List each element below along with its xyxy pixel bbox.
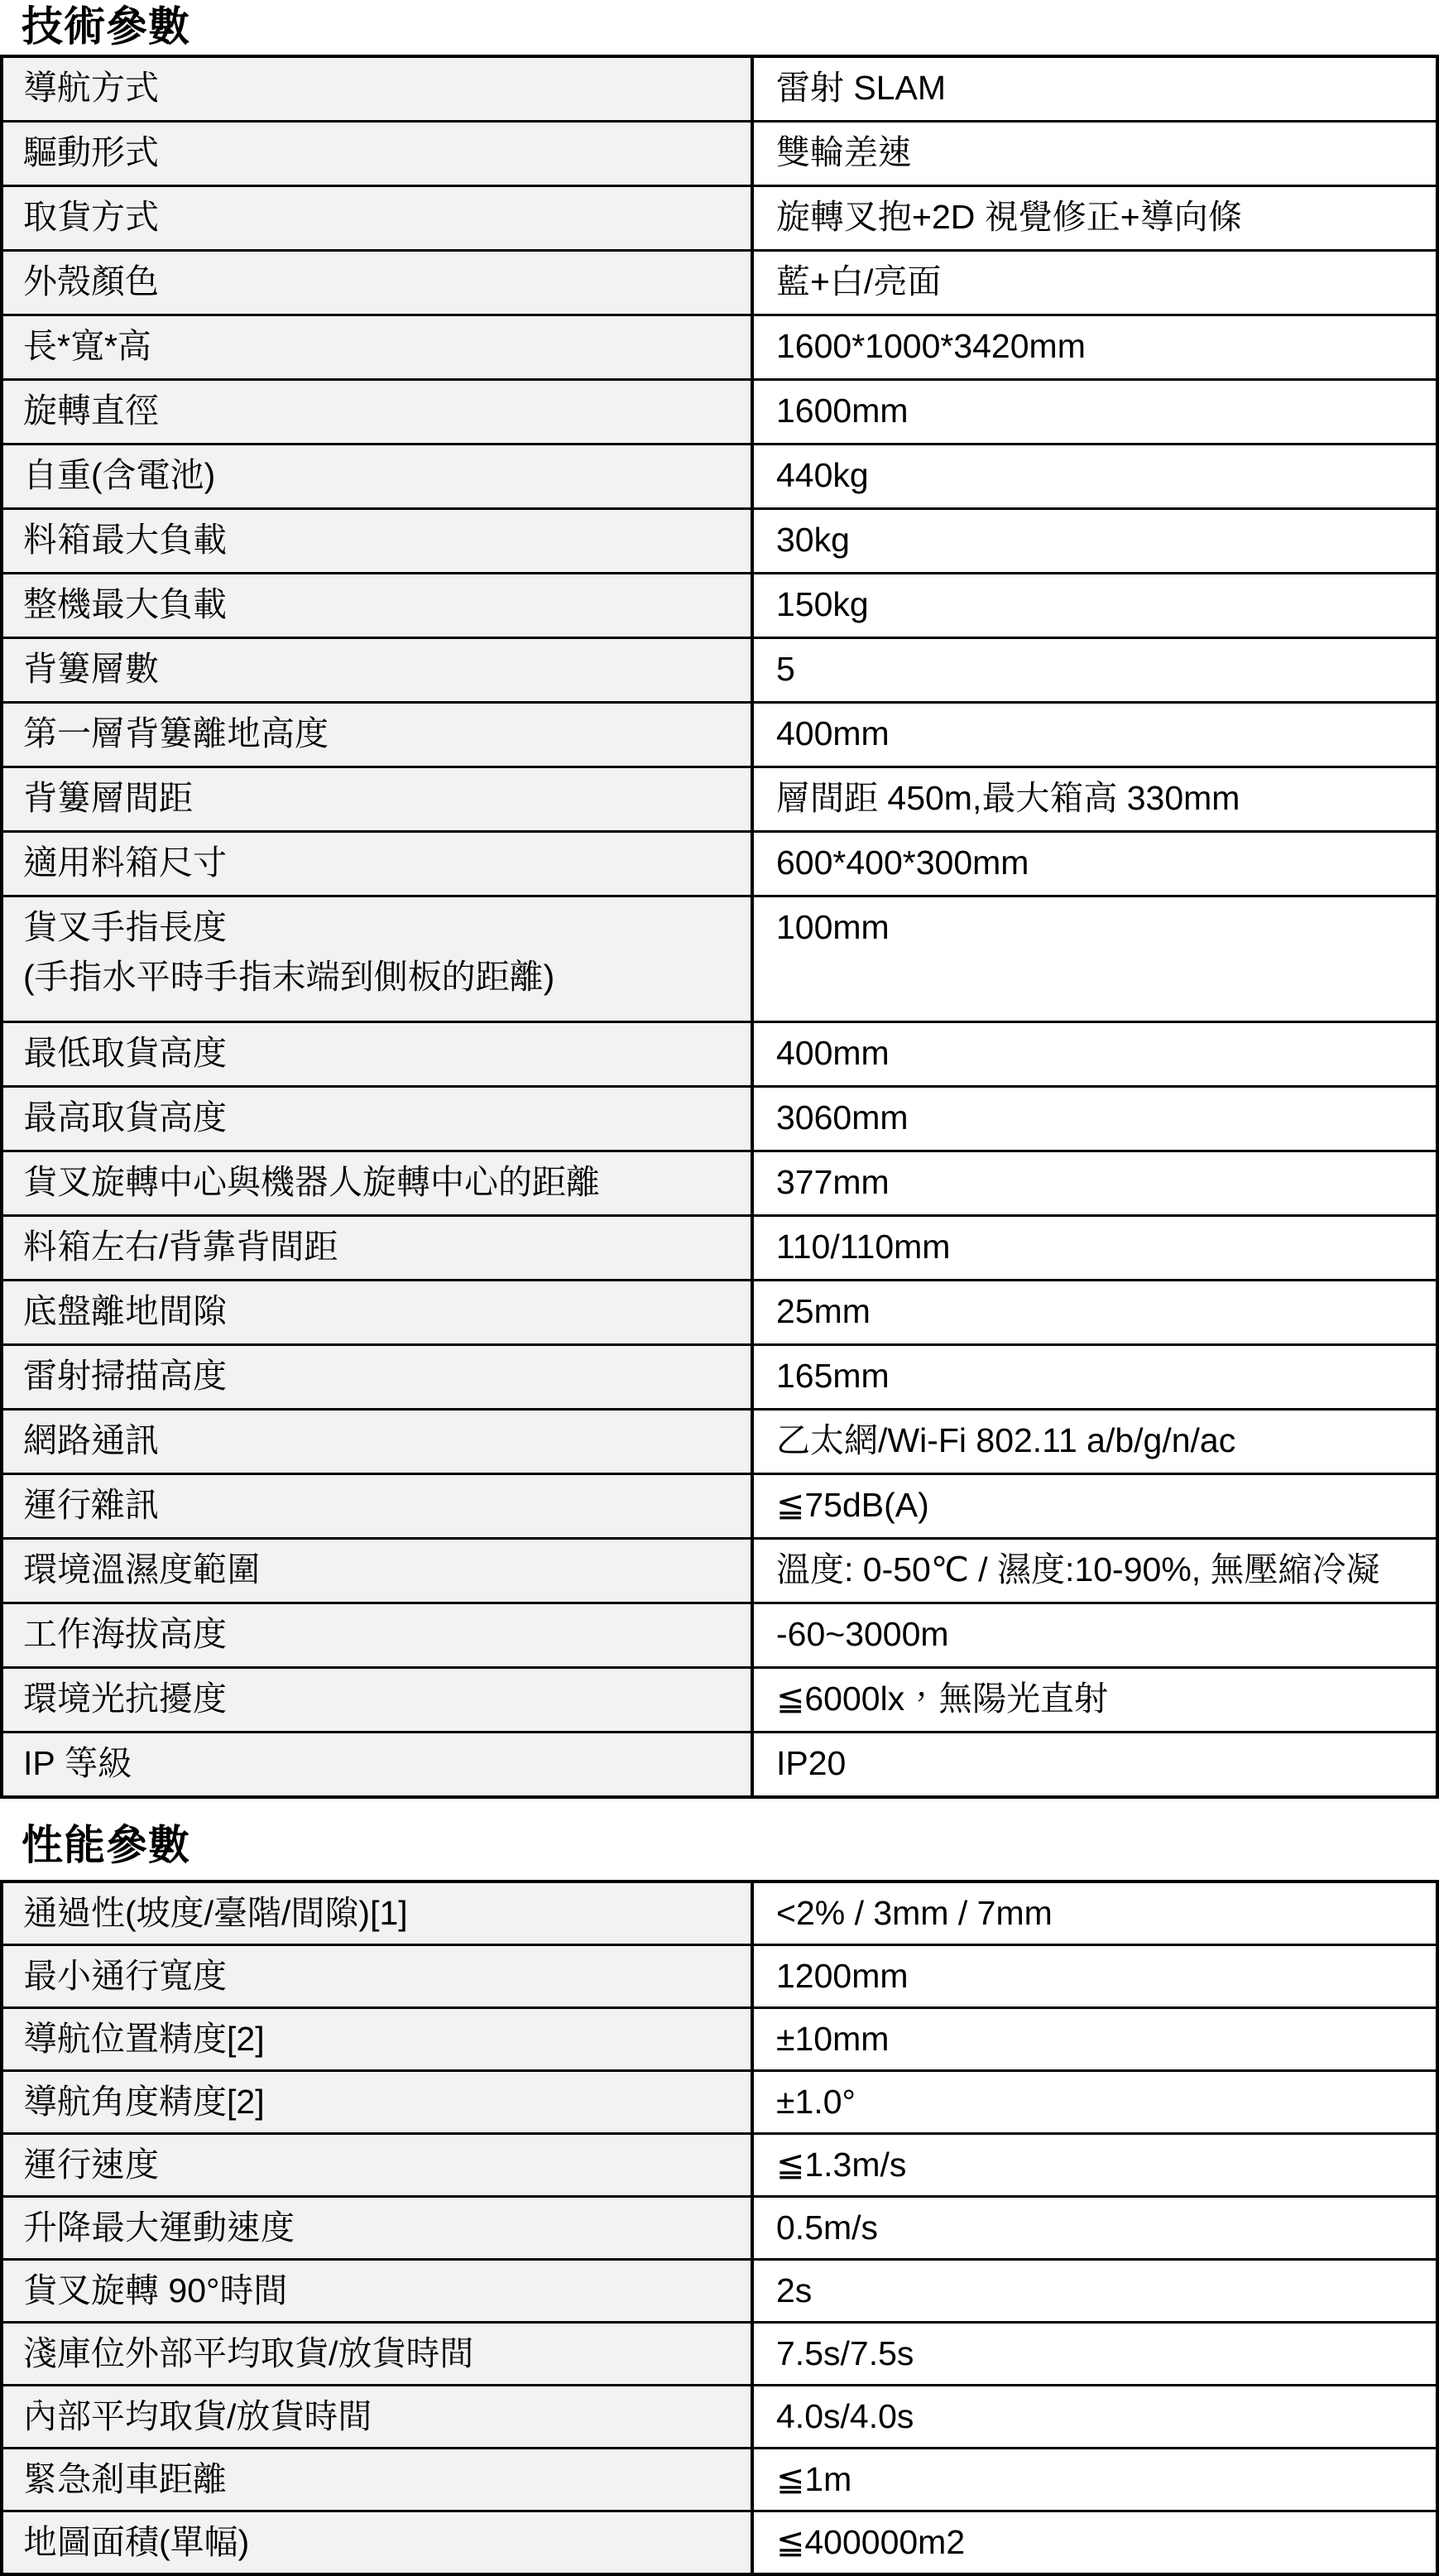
row-label: 貨叉旋轉 90°時間 bbox=[3, 2261, 754, 2321]
table-row: 雷射掃描高度165mm bbox=[3, 1346, 1436, 1411]
table-row: 導航位置精度[2]±10mm bbox=[3, 2009, 1436, 2072]
table-row: 網路通訊乙太網/Wi-Fi 802.11 a/b/g/n/ac bbox=[3, 1411, 1436, 1475]
table-row: 緊急剎車距離≦1m bbox=[3, 2449, 1436, 2512]
row-value: 藍+白/亮面 bbox=[754, 252, 1436, 314]
row-label-text: 貨叉旋轉 90°時間 bbox=[23, 2266, 751, 2315]
row-label-text: 取貨方式 bbox=[23, 192, 751, 242]
row-label: 工作海拔高度 bbox=[3, 1604, 754, 1666]
table-row: 通過性(坡度/臺階/間隙)[1]<2% / 3mm / 7mm bbox=[3, 1883, 1436, 1946]
row-label-text: 緊急剎車距離 bbox=[23, 2454, 751, 2504]
section-title-technical: 技術參數 bbox=[22, 2, 1439, 51]
row-label: 運行雜訊 bbox=[3, 1475, 754, 1537]
table-row: 長*寬*高1600*1000*3420mm bbox=[3, 316, 1436, 381]
row-label-text: 外殼顏色 bbox=[23, 257, 751, 306]
row-value: ±1.0° bbox=[754, 2072, 1436, 2132]
row-label-text: 料箱左右/背靠背間距 bbox=[23, 1222, 751, 1271]
table-row: 整機最大負載150kg bbox=[3, 574, 1436, 639]
table-row: 自重(含電池)440kg bbox=[3, 445, 1436, 510]
row-label-text: 自重(含電池) bbox=[23, 450, 751, 500]
row-label-text: 貨叉手指長度 bbox=[23, 902, 751, 952]
row-label-text: 背簍層間距 bbox=[23, 773, 751, 823]
row-label: 背簍層間距 bbox=[3, 768, 754, 830]
section-title-performance: 性能參數 bbox=[22, 1820, 1439, 1870]
row-label: 最低取貨高度 bbox=[3, 1023, 754, 1085]
row-value: 7.5s/7.5s bbox=[754, 2324, 1436, 2384]
row-label-subtext: (手指水平時手指末端到側板的距離) bbox=[23, 952, 751, 1002]
table-row: 運行雜訊≦75dB(A) bbox=[3, 1475, 1436, 1540]
row-label: 運行速度 bbox=[3, 2135, 754, 2195]
row-value: 600*400*300mm bbox=[754, 833, 1436, 895]
row-label: 地圖面積(單幅) bbox=[3, 2512, 754, 2573]
row-value: 雷射 SLAM bbox=[754, 58, 1436, 120]
row-value: 2s bbox=[754, 2261, 1436, 2321]
row-value: ±10mm bbox=[754, 2009, 1436, 2069]
row-value: 110/110mm bbox=[754, 1217, 1436, 1279]
row-value: -60~3000m bbox=[754, 1604, 1436, 1666]
table-row: 料箱左右/背靠背間距110/110mm bbox=[3, 1217, 1436, 1281]
table-row: 導航角度精度[2]±1.0° bbox=[3, 2072, 1436, 2135]
row-label-text: 環境光抗擾度 bbox=[23, 1674, 751, 1723]
table-row: 貨叉旋轉中心與機器人旋轉中心的距離377mm bbox=[3, 1152, 1436, 1217]
row-value: 0.5m/s bbox=[754, 2198, 1436, 2258]
row-label: 外殼顏色 bbox=[3, 252, 754, 314]
row-value: 1200mm bbox=[754, 1946, 1436, 2006]
row-label: 通過性(坡度/臺階/間隙)[1] bbox=[3, 1883, 754, 1944]
row-label-text: 導航方式 bbox=[23, 63, 751, 113]
table-row: 貨叉手指長度(手指水平時手指末端到側板的距離)100mm bbox=[3, 897, 1436, 1023]
row-value: ≦1m bbox=[754, 2449, 1436, 2510]
row-label-text: 旋轉直徑 bbox=[23, 386, 751, 435]
row-label: 第一層背簍離地高度 bbox=[3, 704, 754, 766]
row-label-text: 網路通訊 bbox=[23, 1415, 751, 1465]
row-label: 導航位置精度[2] bbox=[3, 2009, 754, 2069]
row-value: ≦400000m2 bbox=[754, 2512, 1436, 2573]
row-value: 乙太網/Wi-Fi 802.11 a/b/g/n/ac bbox=[754, 1411, 1436, 1473]
table-row: 最低取貨高度400mm bbox=[3, 1023, 1436, 1088]
table-row: 背簍層間距層間距 450m,最大箱高 330mm bbox=[3, 768, 1436, 833]
row-value: 層間距 450m,最大箱高 330mm bbox=[754, 768, 1436, 830]
row-label: 料箱最大負載 bbox=[3, 510, 754, 572]
row-value: 400mm bbox=[754, 704, 1436, 766]
row-label-text: 導航角度精度[2] bbox=[23, 2077, 751, 2127]
technical-spec-table: 導航方式雷射 SLAM驅動形式雙輪差速取貨方式旋轉叉抱+2D 視覺修正+導向條外… bbox=[0, 55, 1439, 1799]
row-label: 最高取貨高度 bbox=[3, 1088, 754, 1150]
row-label-text: 工作海拔高度 bbox=[23, 1609, 751, 1659]
table-row: 驅動形式雙輪差速 bbox=[3, 123, 1436, 187]
row-label-text: 驅動形式 bbox=[23, 127, 751, 177]
row-value: 440kg bbox=[754, 445, 1436, 507]
row-label: 貨叉旋轉中心與機器人旋轉中心的距離 bbox=[3, 1152, 754, 1214]
row-label-text: 導航位置精度[2] bbox=[23, 2014, 751, 2064]
row-label-text: 最小通行寬度 bbox=[23, 1951, 751, 2001]
row-label: 升降最大運動速度 bbox=[3, 2198, 754, 2258]
row-value: 1600mm bbox=[754, 381, 1436, 443]
table-row: 旋轉直徑1600mm bbox=[3, 381, 1436, 445]
row-label-text: 通過性(坡度/臺階/間隙)[1] bbox=[23, 1888, 751, 1938]
row-label: 自重(含電池) bbox=[3, 445, 754, 507]
row-label: 內部平均取貨/放貨時間 bbox=[3, 2386, 754, 2447]
row-value: 377mm bbox=[754, 1152, 1436, 1214]
row-value: 30kg bbox=[754, 510, 1436, 572]
row-label-text: 底盤離地間隙 bbox=[23, 1286, 751, 1336]
table-row: 最小通行寬度1200mm bbox=[3, 1946, 1436, 2009]
row-value: 4.0s/4.0s bbox=[754, 2386, 1436, 2447]
row-label-text: 雷射掃描高度 bbox=[23, 1351, 751, 1401]
row-label: 導航角度精度[2] bbox=[3, 2072, 754, 2132]
row-value: ≦75dB(A) bbox=[754, 1475, 1436, 1537]
row-label: 雷射掃描高度 bbox=[3, 1346, 754, 1408]
row-label: 驅動形式 bbox=[3, 123, 754, 185]
row-label-text: 運行雜訊 bbox=[23, 1480, 751, 1530]
row-label-text: IP 等級 bbox=[23, 1738, 751, 1788]
performance-spec-table: 通過性(坡度/臺階/間隙)[1]<2% / 3mm / 7mm最小通行寬度120… bbox=[0, 1880, 1439, 2576]
row-value: 400mm bbox=[754, 1023, 1436, 1085]
table-row: 導航方式雷射 SLAM bbox=[3, 58, 1436, 123]
table-row: 運行速度≦1.3m/s bbox=[3, 2135, 1436, 2198]
row-value: <2% / 3mm / 7mm bbox=[754, 1883, 1436, 1944]
row-label-text: 最高取貨高度 bbox=[23, 1093, 751, 1142]
table-row: 背簍層數5 bbox=[3, 639, 1436, 704]
row-label-text: 淺庫位外部平均取貨/放貨時間 bbox=[23, 2328, 751, 2378]
row-label-text: 適用料箱尺寸 bbox=[23, 838, 751, 887]
row-value: 3060mm bbox=[754, 1088, 1436, 1150]
table-row: 料箱最大負載30kg bbox=[3, 510, 1436, 574]
row-label-text: 長*寬*高 bbox=[23, 321, 751, 371]
row-label-text: 運行速度 bbox=[23, 2140, 751, 2189]
table-row: 底盤離地間隙25mm bbox=[3, 1281, 1436, 1346]
row-label: 環境溫濕度範圍 bbox=[3, 1540, 754, 1602]
row-label-text: 內部平均取貨/放貨時間 bbox=[23, 2391, 751, 2441]
row-label-text: 料箱最大負載 bbox=[23, 515, 751, 565]
row-value: IP20 bbox=[754, 1733, 1436, 1795]
table-row: 外殼顏色藍+白/亮面 bbox=[3, 252, 1436, 316]
row-value: ≦1.3m/s bbox=[754, 2135, 1436, 2195]
row-label-text: 升降最大運動速度 bbox=[23, 2203, 751, 2252]
row-label: 取貨方式 bbox=[3, 187, 754, 249]
table-row: 地圖面積(單幅)≦400000m2 bbox=[3, 2512, 1436, 2573]
table-row: 適用料箱尺寸600*400*300mm bbox=[3, 833, 1436, 897]
row-value: ≦6000lx，無陽光直射 bbox=[754, 1669, 1436, 1731]
row-label-text: 整機最大負載 bbox=[23, 579, 751, 629]
row-value: 溫度: 0-50℃ / 濕度:10-90%, 無壓縮冷凝 bbox=[754, 1540, 1436, 1602]
table-row: 環境溫濕度範圍溫度: 0-50℃ / 濕度:10-90%, 無壓縮冷凝 bbox=[3, 1540, 1436, 1604]
row-label: 適用料箱尺寸 bbox=[3, 833, 754, 895]
row-label: 環境光抗擾度 bbox=[3, 1669, 754, 1731]
row-label: IP 等級 bbox=[3, 1733, 754, 1795]
row-label-text: 最低取貨高度 bbox=[23, 1028, 751, 1078]
row-value: 150kg bbox=[754, 574, 1436, 637]
table-row: 內部平均取貨/放貨時間4.0s/4.0s bbox=[3, 2386, 1436, 2449]
row-label: 緊急剎車距離 bbox=[3, 2449, 754, 2510]
row-label-text: 第一層背簍離地高度 bbox=[23, 709, 751, 758]
table-row: IP 等級IP20 bbox=[3, 1733, 1436, 1795]
row-label: 料箱左右/背靠背間距 bbox=[3, 1217, 754, 1279]
row-label: 整機最大負載 bbox=[3, 574, 754, 637]
row-label-text: 貨叉旋轉中心與機器人旋轉中心的距離 bbox=[23, 1157, 751, 1207]
table-row: 第一層背簍離地高度400mm bbox=[3, 704, 1436, 768]
row-label: 貨叉手指長度(手指水平時手指末端到側板的距離) bbox=[3, 897, 754, 1021]
spec-sheet-page: 技術參數 導航方式雷射 SLAM驅動形式雙輪差速取貨方式旋轉叉抱+2D 視覺修正… bbox=[0, 0, 1439, 2576]
table-row: 工作海拔高度-60~3000m bbox=[3, 1604, 1436, 1669]
row-value: 25mm bbox=[754, 1281, 1436, 1343]
table-row: 取貨方式旋轉叉抱+2D 視覺修正+導向條 bbox=[3, 187, 1436, 252]
row-label: 長*寬*高 bbox=[3, 316, 754, 378]
row-value: 165mm bbox=[754, 1346, 1436, 1408]
row-value: 5 bbox=[754, 639, 1436, 701]
row-value: 1600*1000*3420mm bbox=[754, 316, 1436, 378]
row-value: 旋轉叉抱+2D 視覺修正+導向條 bbox=[754, 187, 1436, 249]
row-value: 100mm bbox=[754, 897, 1436, 1021]
row-label: 導航方式 bbox=[3, 58, 754, 120]
row-label-text: 地圖面積(單幅) bbox=[23, 2517, 751, 2567]
table-row: 環境光抗擾度≦6000lx，無陽光直射 bbox=[3, 1669, 1436, 1733]
table-row: 淺庫位外部平均取貨/放貨時間7.5s/7.5s bbox=[3, 2324, 1436, 2386]
table-row: 貨叉旋轉 90°時間2s bbox=[3, 2261, 1436, 2324]
row-value: 雙輪差速 bbox=[754, 123, 1436, 185]
row-label: 旋轉直徑 bbox=[3, 381, 754, 443]
row-label-text: 背簍層數 bbox=[23, 644, 751, 694]
row-label: 底盤離地間隙 bbox=[3, 1281, 754, 1343]
row-label: 最小通行寬度 bbox=[3, 1946, 754, 2006]
row-label: 網路通訊 bbox=[3, 1411, 754, 1473]
row-label-text: 環境溫濕度範圍 bbox=[23, 1545, 751, 1594]
row-label: 背簍層數 bbox=[3, 639, 754, 701]
row-label: 淺庫位外部平均取貨/放貨時間 bbox=[3, 2324, 754, 2384]
table-row: 升降最大運動速度0.5m/s bbox=[3, 2198, 1436, 2261]
table-row: 最高取貨高度3060mm bbox=[3, 1088, 1436, 1152]
